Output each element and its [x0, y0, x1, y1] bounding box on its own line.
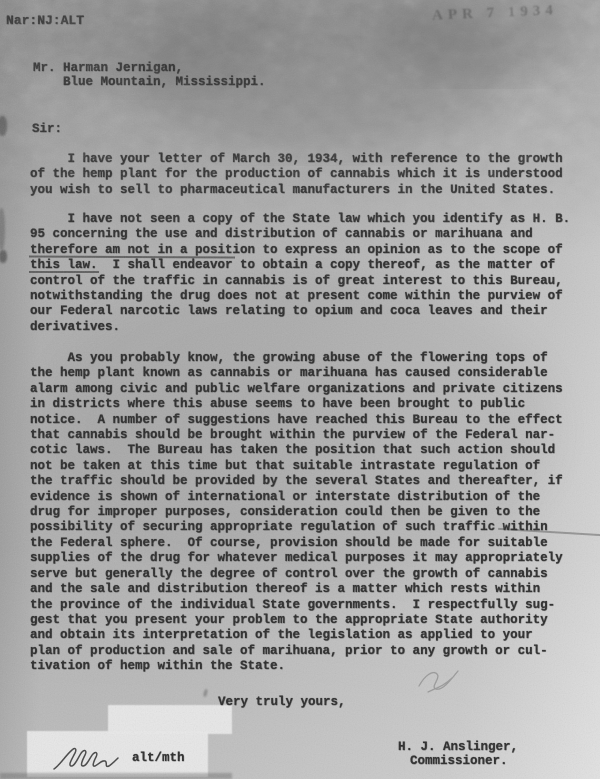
- paragraph-2: I have not seen a copy of the State law …: [30, 212, 570, 335]
- paragraph-3: As you probably know, the growing abuse …: [30, 351, 563, 675]
- pencil-scribble: [414, 666, 464, 696]
- scan-edge-smudge-3: [0, 250, 7, 263]
- scan-bottom-edge-smudge: [0, 773, 232, 779]
- paragraph-1: I have your letter of March 30, 1934, wi…: [30, 152, 563, 198]
- pencil-underline-2: [29, 271, 99, 273]
- salutation: Sir:: [32, 122, 62, 137]
- scanned-letter-page: APR 7 1934 Nar:NJ:ALT Mr. Harman Jerniga…: [0, 0, 600, 779]
- closing-phrase: Very truly yours,: [218, 695, 346, 710]
- reference-line: Nar:NJ:ALT: [6, 13, 84, 28]
- handwritten-initials: [52, 745, 122, 773]
- scan-edge-smudge-1: [0, 116, 7, 136]
- recipient-address: Blue Mountain, Mississippi.: [63, 75, 266, 90]
- white-patch-upper: [108, 705, 232, 734]
- typist-initials: alt/mth: [132, 751, 185, 766]
- signature-title: Commissioner.: [410, 754, 508, 769]
